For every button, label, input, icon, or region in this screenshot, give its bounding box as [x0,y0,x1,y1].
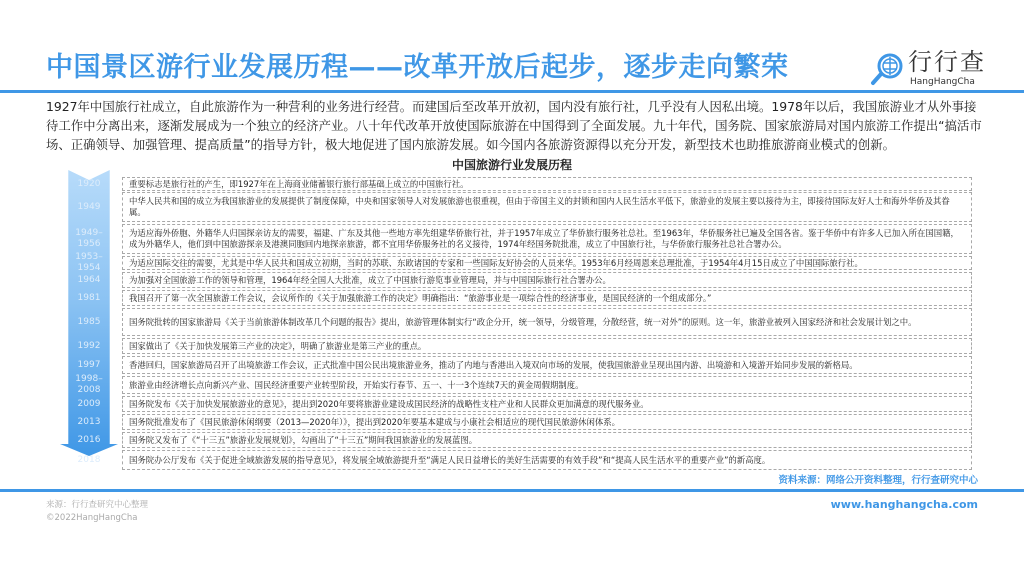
timeline-row: 为适应国际交往的需要，尤其是中华人民共和国成立初期，当时的苏联、东欧诸国的专家和… [122,256,972,270]
timeline-text: 旅游业由经济增长点向新兴产业、国民经济重要产业转型阶段，开始实行春节、五一、十一… [129,380,584,391]
timeline-row: 重要标志是旅行社的产生，即1927年在上海商业储蓄银行旅行部基础上成立的中国旅行… [122,177,972,191]
timeline-title: 中国旅游行业发展历程 [0,156,1024,173]
timeline-row: 国务院办公厅发布《关于促进全域旅游发展的指导意见》，将发展全域旅游提升至“满足人… [122,450,972,470]
timeline-text: 为适应国际交往的需要，尤其是中华人民共和国成立初期，当时的苏联、东欧诸国的专家和… [129,258,863,269]
timeline-arrow [60,170,118,456]
page-title: 中国景区游行业发展历程——改革开放后起步，逐步走向繁荣 [46,48,789,88]
timeline-text: 国家做出了《关于加快发展第三产业的决定》，明确了旅游业是第三产业的重点。 [129,341,426,352]
timeline-row: 为适应海外侨胞、外籍华人归国探亲访友的需要，福建、广东及其他一些地方率先组建华侨… [122,224,972,254]
timeline-year: 1992 [68,341,110,352]
timeline-year: 1949 [68,202,110,213]
timeline-year: 2009 [68,399,110,410]
timeline-row: 中华人民共和国的成立为我国旅游业的发展提供了制度保障，中央和国家领导人对发展旅游… [122,192,972,222]
timeline-year: 1920 [68,179,110,190]
footer-divider [0,489,1024,492]
timeline-text: 国务院批转的国家旅游局《关于当前旅游体制改革几个问题的报告》提出，旅游管理体制实… [129,317,917,328]
timeline-text: 重要标志是旅行社的产生，即1927年在上海商业储蓄银行旅行部基础上成立的中国旅行… [129,179,469,190]
timeline-row: 香港回归，国家旅游局召开了出境旅游工作会议，正式批准中国公民出境旅游业务，推动了… [122,356,972,374]
logo-chinese-text: 行行查 [908,48,986,76]
timeline-text: 中华人民共和国的成立为我国旅游业的发展提供了制度保障，中央和国家领导人对发展旅游… [129,196,965,218]
brand-logo: 行行查 HangHangCha [870,48,990,90]
timeline-text: 国务院批准发布了《国民旅游休闲纲要（2013—2020年）》，提出到2020年要… [129,417,620,428]
timeline-text: 我国召开了第一次全国旅游工作会议，会议所作的《关于加强旅游工作的决定》明确指出：… [129,293,711,304]
timeline-text: 为适应海外侨胞、外籍华人归国探亲访友的需要，福建、广东及其他一些地方率先组建华侨… [129,228,965,250]
logo-english-text: HangHangCha [910,77,975,88]
timeline-row: 国家做出了《关于加快发展第三产业的决定》，明确了旅游业是第三产业的重点。 [122,338,972,354]
timeline-year: 1998– 2008 [68,374,110,396]
timeline-text: 国务院发布《关于加快发展旅游业的意见》，提出到2020年要将旅游业建设成国民经济… [129,399,649,410]
timeline-text: 国务院又发布了《“十三五”旅游业发展规划》，勾画出了“十三五”期间我国旅游业的发… [129,435,477,446]
timeline-row: 国务院批转的国家旅游局《关于当前旅游体制改革几个问题的报告》提出，旅游管理体制实… [122,308,972,336]
data-source-note: 资料来源：网络公开资料整理，行行查研究中心 [778,472,978,486]
timeline-year: 1985 [68,317,110,328]
header-divider [0,90,1024,93]
timeline-year: 1949– 1956 [68,228,110,250]
magnifier-globe-icon [870,51,906,87]
timeline-text: 为加强对全国旅游工作的领导和管理，1964年经全国人大批准，成立了中国旅行游览事… [129,275,611,286]
timeline-row: 国务院批准发布了《国民旅游休闲纲要（2013—2020年）》，提出到2020年要… [122,414,972,430]
timeline-row: 旅游业由经济增长点向新兴产业、国民经济重要产业转型阶段，开始实行春节、五一、十一… [122,376,972,394]
timeline-year: 1981 [68,293,110,304]
timeline-text: 国务院办公厅发布《关于促进全域旅游发展的指导意见》，将发展全域旅游提升至“满足人… [129,455,770,466]
timeline-row: 国务院发布《关于加快发展旅游业的意见》，提出到2020年要将旅游业建设成国民经济… [122,396,972,412]
footer-url-link[interactable]: www.hanghangcha.com [831,498,978,511]
timeline-year: 1964 [68,275,110,286]
timeline-year: 1953– 1954 [68,252,110,274]
intro-paragraph: 1927年中国旅行社成立，自此旅游作为一种营利的业务进行经营。而建国后至改革开放… [46,97,986,154]
timeline-year: 2013 [68,417,110,428]
timeline-row: 我国召开了第一次全国旅游工作会议，会议所作的《关于加强旅游工作的决定》明确指出：… [122,290,972,306]
footer-source: 来源：行行查研究中心整理 [46,499,148,512]
timeline-row: 国务院又发布了《“十三五”旅游业发展规划》，勾画出了“十三五”期间我国旅游业的发… [122,432,972,448]
footer-copyright: ©2022HangHangCha [46,512,148,525]
timeline-text: 香港回归，国家旅游局召开了出境旅游工作会议，正式批准中国公民出境旅游业务，推动了… [129,360,858,371]
footer-left: 来源：行行查研究中心整理 ©2022HangHangCha [46,499,148,525]
timeline-year: 2016 [68,435,110,446]
timeline-year: 2018 [68,455,110,466]
timeline-year: 1997 [68,360,110,371]
timeline-row: 为加强对全国旅游工作的领导和管理，1964年经全国人大批准，成立了中国旅行游览事… [122,272,972,288]
